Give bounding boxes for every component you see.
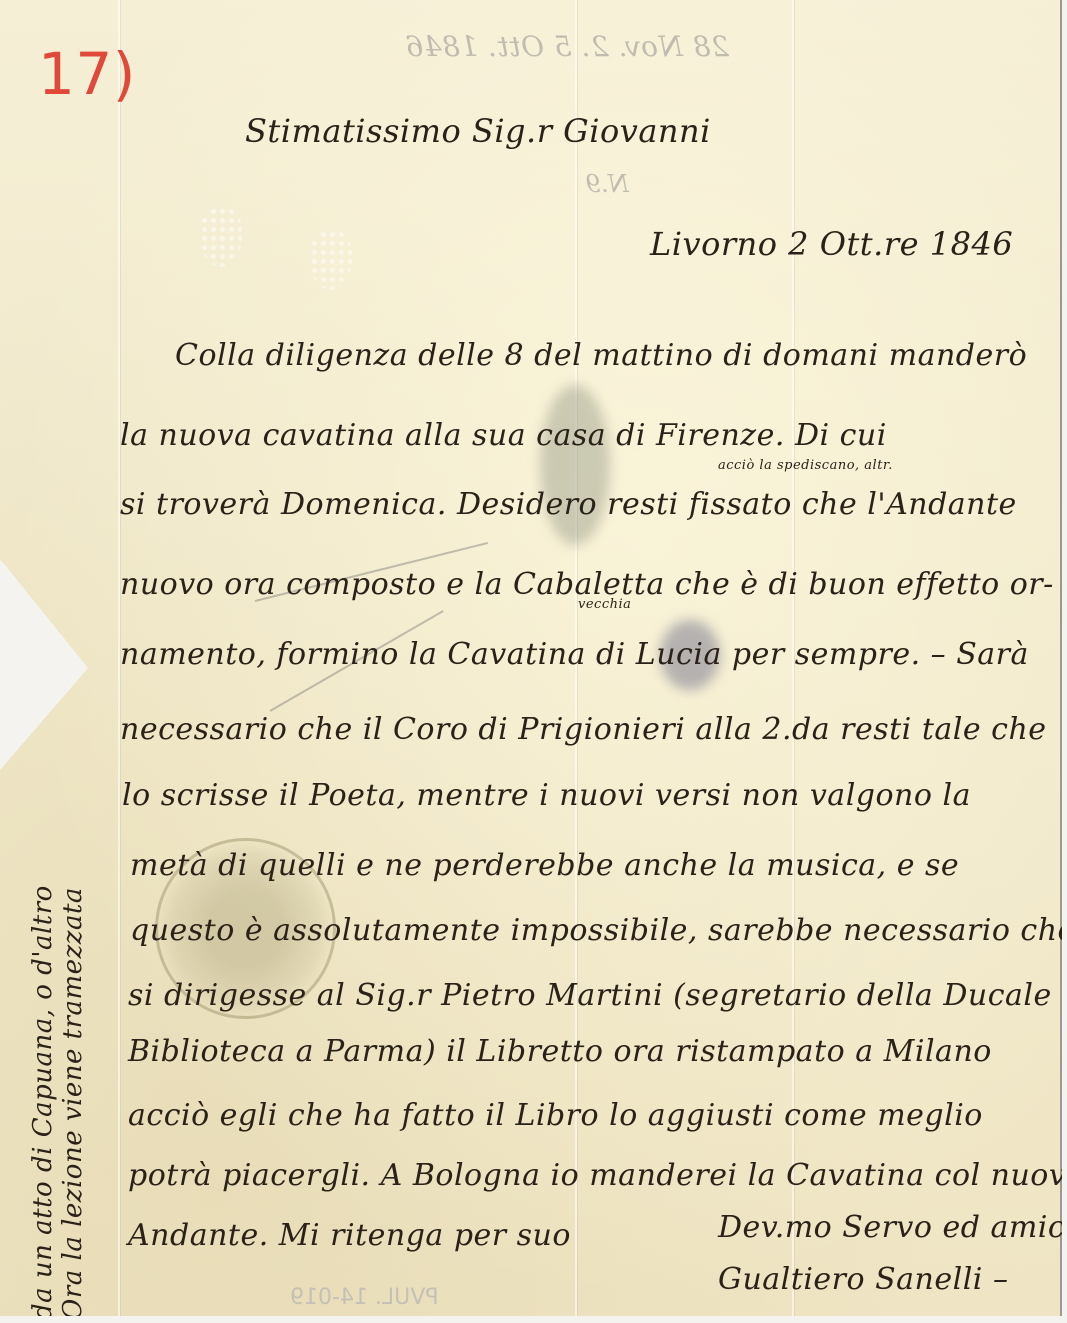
- margin-note: Ora la lezione viene tramezzata: [58, 887, 88, 1320]
- body-line: Colla diligenza delle 8 del mattino di d…: [175, 338, 1027, 373]
- bleed-through-text: 28 Nov. 2. 5 Ott. 1846: [405, 30, 729, 63]
- body-line: acciò egli che ha fatto il Libro lo aggi…: [128, 1098, 983, 1133]
- letter-page: 28 Nov. 2. 5 Ott. 1846 N.9 17) Stimatiss…: [0, 0, 1062, 1316]
- embossed-mark: [200, 207, 242, 267]
- body-line: lo scrisse il Poeta, mentre i nuovi vers…: [122, 778, 971, 813]
- body-line: Andante. Mi ritenga per suo: [128, 1218, 571, 1253]
- body-line: questo è assolutamente impossibile, sare…: [130, 913, 1067, 948]
- place-date: Livorno 2 Ott.re 1846: [650, 225, 1013, 263]
- closing: Dev.mo Servo ed amico: [718, 1210, 1067, 1245]
- bleed-through-text: N.9: [585, 170, 629, 198]
- body-line: metà di quelli e ne perderebbe anche la …: [130, 848, 959, 883]
- body-line: la nuova cavatina alla sua casa di Firen…: [120, 418, 887, 453]
- archive-stamp: PVUL. 14-019: [290, 1285, 439, 1310]
- interlinear-note: vecchia: [578, 597, 631, 612]
- margin-note: da un atto di Capuana, o d'altro: [28, 885, 58, 1320]
- body-line: necessario che il Coro di Prigionieri al…: [120, 712, 1047, 747]
- embossed-mark: [310, 230, 352, 290]
- archive-number: 17): [38, 40, 136, 108]
- body-line: namento, formino la Cavatina di Lucia pe…: [120, 637, 1029, 672]
- body-line: si dirigesse al Sig.r Pietro Martini (se…: [128, 978, 1052, 1013]
- body-line: si troverà Domenica. Desidero resti fiss…: [120, 487, 1017, 522]
- body-line: potrà piacergli. A Bologna io manderei l…: [128, 1158, 1067, 1193]
- signature: Gualtiero Sanelli –: [718, 1262, 1008, 1297]
- interlinear-note: acciò la spediscano, altr.: [718, 458, 893, 473]
- salutation: Stimatissimo Sig.r Giovanni: [245, 112, 711, 150]
- body-line: Biblioteca a Parma) il Libretto ora rist…: [128, 1034, 992, 1069]
